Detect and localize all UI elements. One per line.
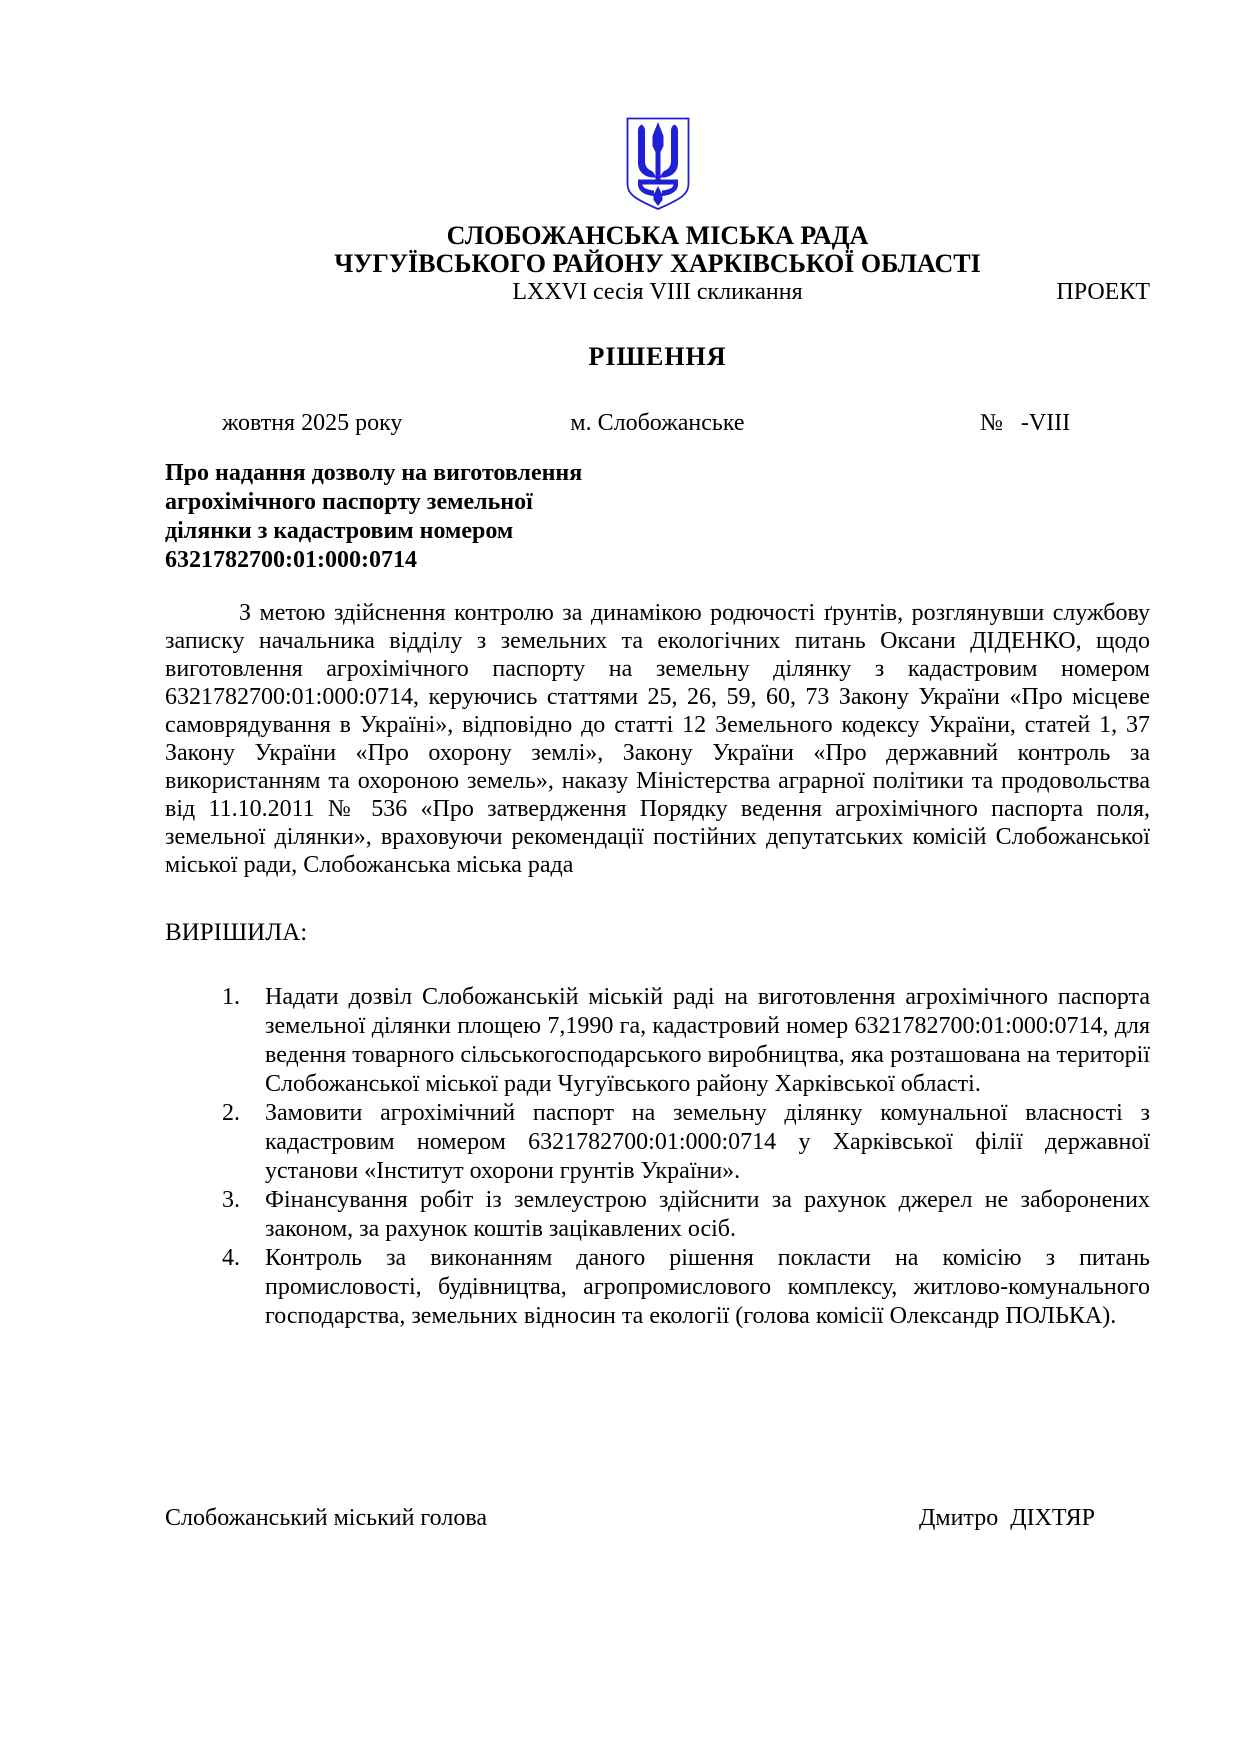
item-text: Фінансування робіт із землеустрою здійсн… [265,1187,1150,1242]
item-text: Замовити агрохімічний паспорт на земельн… [265,1100,1150,1184]
subject-line: ділянки з кадастровим номером [165,517,1150,546]
signature-row: Слобожанський міський голова Дмитро ДІХТ… [165,1503,1150,1533]
document-place: м. Слобожанське [570,409,744,437]
item-text: Надати дозвіл Слобожанській міській раді… [265,984,1150,1097]
resolution-item: 1. Надати дозвіл Слобожанській міській р… [165,983,1150,1099]
draft-label: ПРОЕКТ [1056,278,1150,306]
item-number: 4. [222,1244,240,1273]
signer-name: Дмитро ДІХТЯР [919,1503,1095,1533]
resolution-item: 2. Замовити агрохімічний паспорт на земе… [165,1099,1150,1186]
session-line: LXXVI сесія VIII скликання [512,279,802,305]
signer-position: Слобожанський міський голова [165,1503,487,1533]
resolution-item: 4. Контроль за виконанням даного рішення… [165,1244,1150,1331]
document-date: жовтня 2025 року [222,409,402,437]
council-name-line1: СЛОБОЖАНСЬКА МІСЬКА РАДА [165,222,1150,250]
item-number: 1. [222,983,240,1012]
resolution-list: 1. Надати дозвіл Слобожанській міській р… [165,983,1150,1331]
council-name-line2: ЧУГУЇВСЬКОГО РАЙОНУ ХАРКІВСЬКОЇ ОБЛАСТІ [165,250,1150,278]
subject-line: агрохімічного паспорту земельної [165,488,1150,517]
resolved-label: ВИРІШИЛА: [165,919,1150,947]
subject-block: Про надання дозволу на виготовлення агро… [165,459,1150,575]
preamble-paragraph: З метою здійснення контролю за динамікою… [165,599,1150,879]
document-type-title: РІШЕННЯ [165,343,1150,371]
item-number: 2. [222,1099,240,1128]
meta-line: жовтня 2025 року м. Слобожанське № -VIII [165,409,1150,437]
document-number: № -VIII [980,409,1070,437]
subject-line: Про надання дозволу на виготовлення [165,459,1150,488]
ukraine-trident-emblem-icon [625,116,691,212]
document-page: СЛОБОЖАНСЬКА МІСЬКА РАДА ЧУГУЇВСЬКОГО РА… [0,0,1240,1754]
letterhead: СЛОБОЖАНСЬКА МІСЬКА РАДА ЧУГУЇВСЬКОГО РА… [165,222,1150,306]
session-row: LXXVI сесія VIII скликання ПРОЕКТ [165,278,1150,306]
item-text: Контроль за виконанням даного рішення по… [265,1245,1150,1329]
resolution-item: 3. Фінансування робіт із землеустрою зді… [165,1186,1150,1244]
subject-line: 6321782700:01:000:0714 [165,546,1150,575]
item-number: 3. [222,1186,240,1215]
